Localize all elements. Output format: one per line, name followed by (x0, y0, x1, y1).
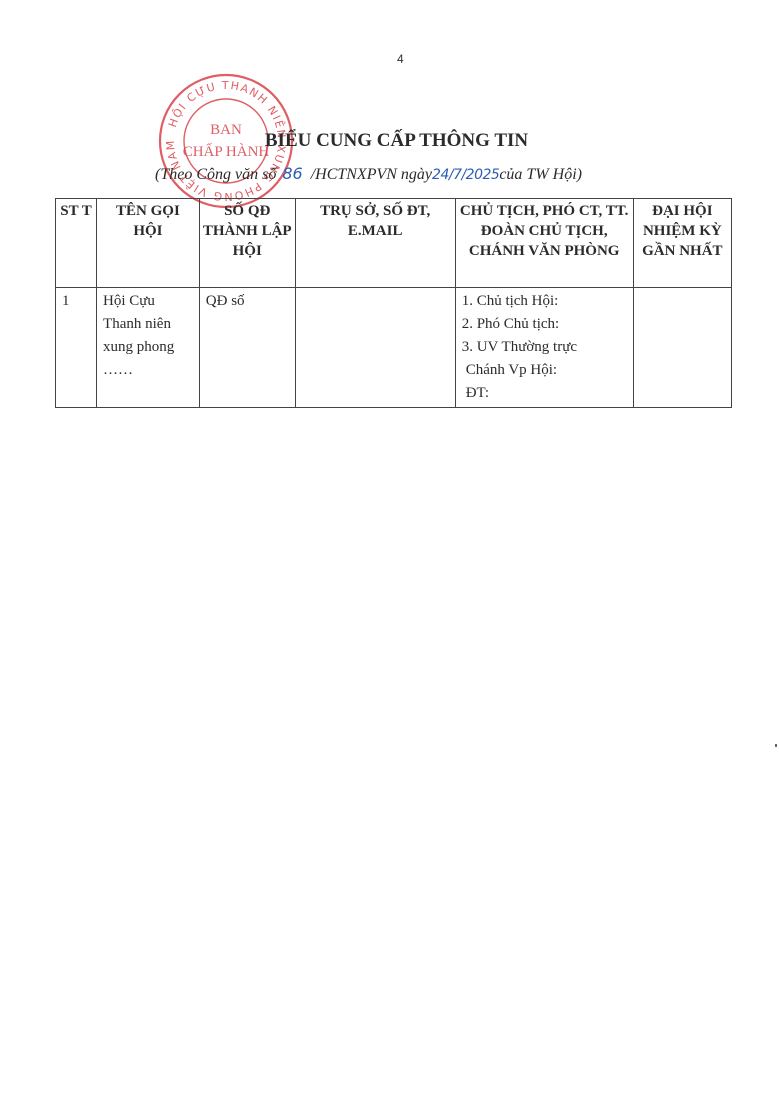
page-number: 4 (397, 52, 404, 66)
leader-line: 2. Phó Chủ tịch: (462, 313, 627, 336)
table-row: 1 Hội Cựu Thanh niên xung phong …… QĐ số… (56, 288, 732, 408)
subtitle-middle: /HCTNXPVN ngày (311, 166, 432, 183)
leader-line: ĐT: (462, 382, 627, 405)
leader-line: 3. UV Thường trực (462, 336, 627, 359)
document-title: BIỂU CUNG CẤP THÔNG TIN (0, 130, 779, 152)
information-table: ST T TÊN GỌI HỘI SỐ QĐ THÀNH LẬP HỘI TRỤ… (55, 198, 732, 408)
leader-line: Chánh Vp Hội: (462, 359, 627, 382)
cell-leaders: 1. Chủ tịch Hội: 2. Phó Chủ tịch: 3. UV … (455, 288, 633, 408)
cell-congress (633, 288, 731, 408)
column-header-name: TÊN GỌI HỘI (97, 199, 200, 288)
document-subtitle: (Theo Công văn số86/HCTNXPVN ngày24/7/20… (155, 164, 582, 184)
column-header-address: TRỤ SỞ, SỐ ĐT, E.MAIL (295, 199, 455, 288)
table-header-row: ST T TÊN GỌI HỘI SỐ QĐ THÀNH LẬP HỘI TRỤ… (56, 199, 732, 288)
handwritten-date: 24/7/2025 (432, 167, 499, 183)
cell-name: Hội Cựu Thanh niên xung phong …… (97, 288, 200, 408)
cell-address (295, 288, 455, 408)
subtitle-suffix: của TW Hội) (499, 166, 582, 183)
cell-decision: QĐ số (199, 288, 295, 408)
cell-stt: 1 (56, 288, 97, 408)
column-header-stt: ST T (56, 199, 97, 288)
column-header-leaders: CHỦ TỊCH, PHÓ CT, TT. ĐOÀN CHỦ TỊCH, CHÁ… (455, 199, 633, 288)
scan-artifact-mark (775, 744, 777, 747)
column-header-congress: ĐẠI HỘI NHIỆM KỲ GẦN NHẤT (633, 199, 731, 288)
subtitle-prefix: (Theo Công văn số (155, 166, 276, 183)
leader-line: 1. Chủ tịch Hội: (462, 290, 627, 313)
handwritten-document-number: 86 (282, 164, 302, 183)
column-header-decision: SỐ QĐ THÀNH LẬP HỘI (199, 199, 295, 288)
